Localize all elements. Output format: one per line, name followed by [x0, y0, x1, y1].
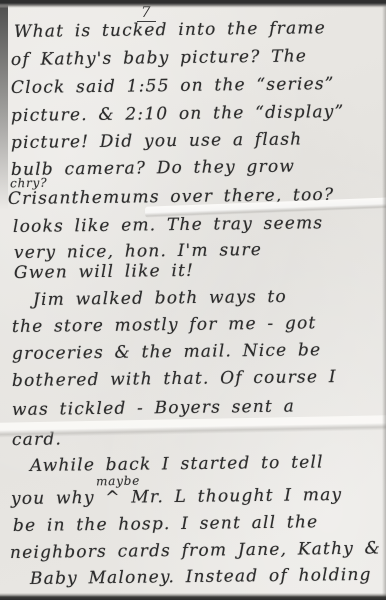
handwritten-line: picture! Did you use a flash — [11, 129, 303, 153]
handwritten-line: bothered with that. Of course I — [12, 367, 337, 391]
handwritten-line: was tickled - Boyers sent a — [12, 397, 295, 420]
handwritten-line: you why ^ Mr. L thought I may — [11, 485, 343, 509]
handwritten-line: Clock said 1:55 on the “series” — [11, 74, 335, 98]
handwritten-line: Awhile back I started to tell — [30, 452, 324, 476]
handwritten-line: of Kathy's baby picture? The — [11, 46, 307, 70]
handwritten-line: picture. & 2:10 on the “display” — [11, 102, 345, 126]
scan-edge-left — [0, 0, 8, 210]
handwritten-line: bulb camera? Do they grow — [11, 157, 295, 180]
handwritten-line: neighbors cards from Jane, Kathy & — [10, 538, 381, 563]
scan-edge-top — [0, 0, 386, 8]
handwritten-line: What is tucked into the frame — [14, 18, 326, 42]
scanned-letter-page: 7 What is tucked into the frame of Kathy… — [0, 0, 386, 600]
handwritten-line: groceries & the mail. Nice be — [12, 340, 322, 364]
handwritten-line: very nice, hon. I'm sure — [14, 240, 262, 263]
scan-edge-bottom — [0, 593, 386, 600]
interline-insertion: maybe — [96, 474, 140, 489]
handwritten-line: Baby Maloney. Instead of holding — [30, 565, 372, 589]
handwritten-line: Jim walked both ways to — [33, 287, 287, 310]
handwritten-line: the store mostly for me - got — [12, 313, 317, 337]
scan-edge-right — [382, 0, 386, 600]
handwritten-line: be in the hosp. I sent all the — [13, 512, 319, 536]
handwritten-line: Gwen will like it! — [14, 261, 194, 283]
